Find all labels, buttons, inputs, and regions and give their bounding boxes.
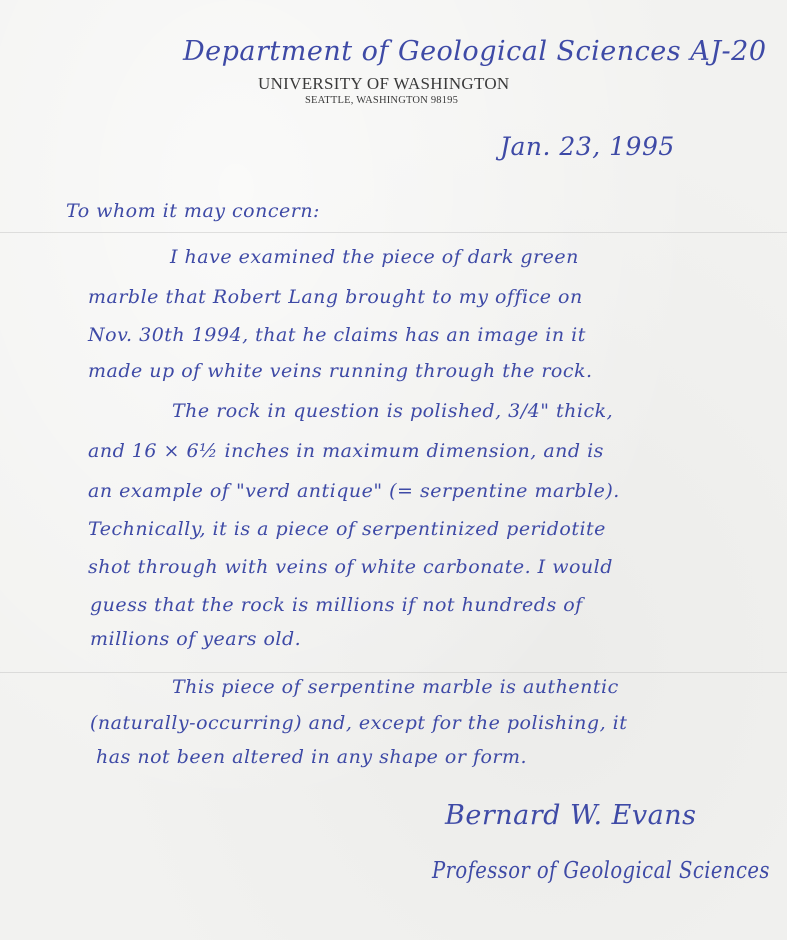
body-line: (naturally-occurring) and, except for th… [90, 712, 627, 734]
body-line: made up of white veins running through t… [88, 360, 593, 382]
signature-name: Bernard W. Evans [445, 800, 697, 831]
body-line: This piece of serpentine marble is authe… [172, 676, 619, 698]
body-line: Technically, it is a piece of serpentini… [88, 518, 606, 540]
body-line: an example of "verd antique" (= serpenti… [88, 480, 620, 502]
body-line: I have examined the piece of dark green [170, 246, 579, 268]
letter-paper: Department of Geological Sciences AJ-20 … [0, 0, 787, 940]
department-heading: Department of Geological Sciences AJ-20 [183, 36, 767, 67]
body-line: millions of years old. [90, 628, 301, 650]
letter-date: Jan. 23, 1995 [500, 132, 675, 161]
paper-fold [0, 672, 787, 673]
body-line: has not been altered in any shape or for… [96, 746, 527, 768]
body-line: guess that the rock is millions if not h… [90, 594, 583, 616]
body-line: The rock in question is polished, 3/4" t… [172, 400, 613, 422]
university-address: SEATTLE, WASHINGTON 98195 [305, 95, 458, 106]
university-name: UNIVERSITY OF WASHINGTON [258, 74, 510, 94]
paper-fold [0, 232, 787, 233]
body-line: and 16 × 6½ inches in maximum dimension,… [88, 440, 604, 462]
body-line: shot through with veins of white carbona… [88, 556, 613, 578]
body-line: Nov. 30th 1994, that he claims has an im… [88, 324, 586, 346]
body-line: marble that Robert Lang brought to my of… [88, 286, 583, 308]
salutation: To whom it may concern: [66, 200, 320, 222]
signature-title: Professor of Geological Sciences [432, 858, 770, 884]
